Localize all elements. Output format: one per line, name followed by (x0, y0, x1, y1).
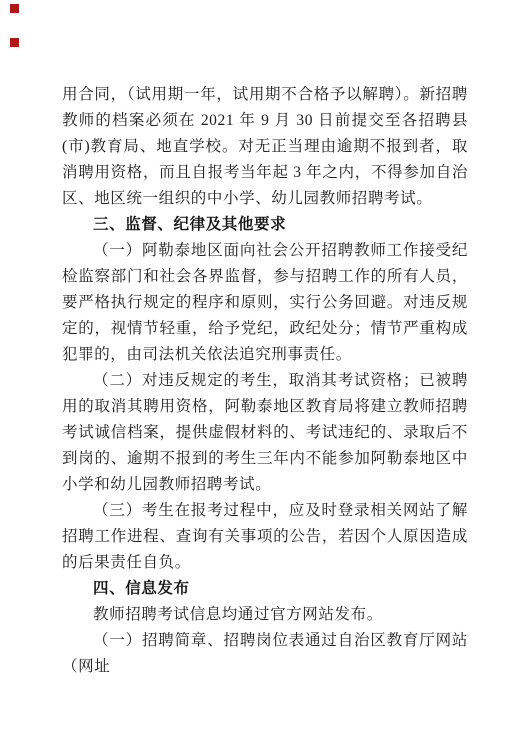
red-mark-bottom (10, 38, 19, 47)
paragraph-contract-continuation: 用合同，（试用期一年，试用期不合格予以解聘）。新招聘教师的档案必须在 2021 … (62, 82, 468, 212)
paragraph-supervision-item-3: （三）考生在报考过程中，应及时登录相关网站了解招聘工作进程、查询有关事项的公告，… (62, 498, 468, 576)
paragraph-supervision-item-1: （一）阿勒泰地区面向社会公开招聘教师工作接受纪检监察部门和社会各界监督，参与招聘… (62, 238, 468, 368)
red-mark-top (10, 4, 19, 13)
document-page: 用合同，（试用期一年，试用期不合格予以解聘）。新招聘教师的档案必须在 2021 … (0, 0, 526, 744)
paragraph-info-release-item-1: （一）招聘简章、招聘岗位表通过自治区教育厅网站（网址 (62, 628, 468, 680)
paragraph-info-release-intro: 教师招聘考试信息均通过官方网站发布。 (62, 602, 468, 628)
section-heading-supervision: 三、监督、纪律及其他要求 (62, 212, 468, 238)
paragraph-supervision-item-2: （二）对违反规定的考生，取消其考试资格；已被聘用的取消其聘用资格，阿勒泰地区教育… (62, 368, 468, 498)
section-heading-information-release: 四、信息发布 (62, 576, 468, 602)
